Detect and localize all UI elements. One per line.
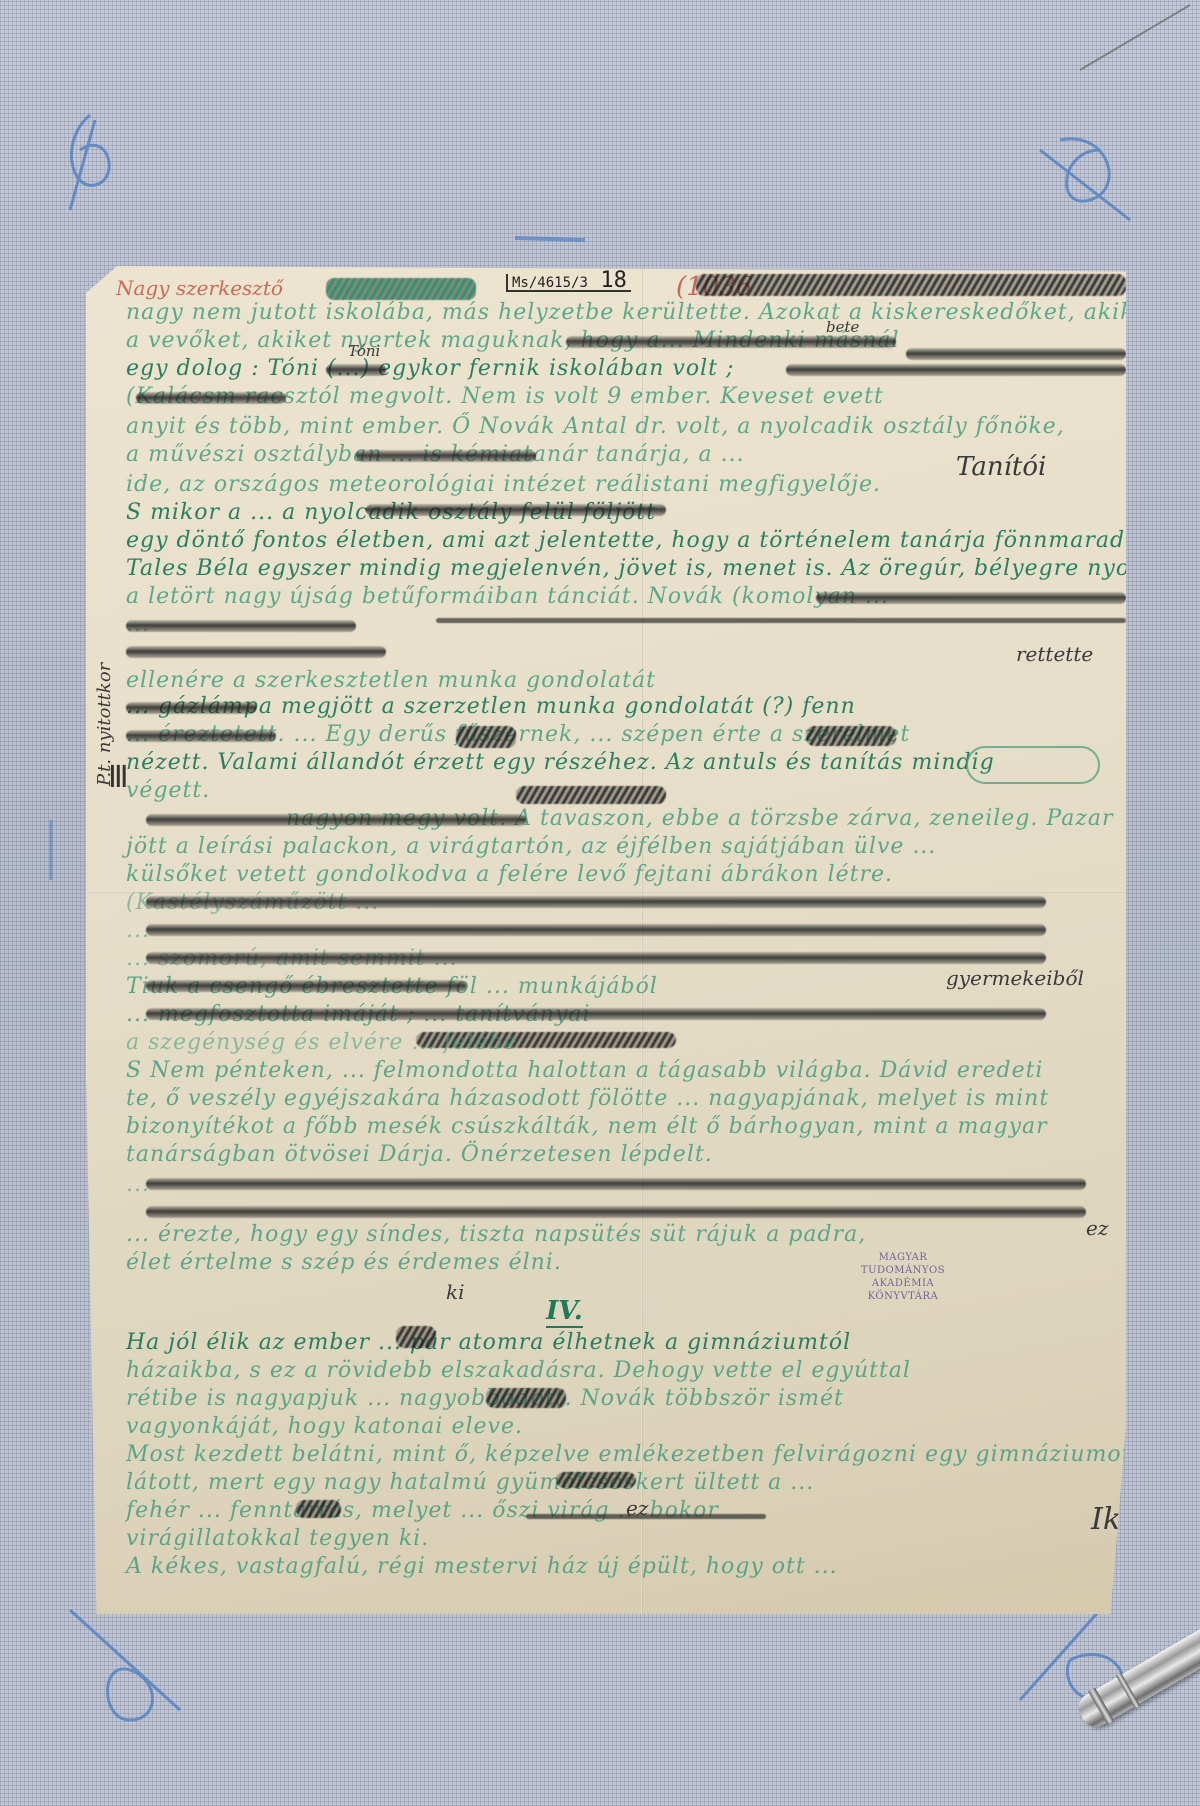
annotation-ki: ki [446,1280,465,1304]
strikethrough [146,924,1046,936]
text-line: tanárságban ötvösei Dárja. Önérzetesen l… [126,1142,713,1167]
strikethrough [356,450,536,462]
text-line: anyit és több, mint ember. Ő Novák Antal… [126,414,1065,439]
strikethrough [136,392,286,404]
strikethrough [126,730,276,742]
scribble [296,1500,341,1518]
text-line: Tales Béla egyszer mindig megjelenvén, j… [126,556,1200,581]
text-line: ... érezte, hogy egy síndes, tiszta naps… [126,1222,866,1247]
scribble [806,726,896,746]
annotation-bete: bete [826,318,859,336]
stamp-line-3: KÖNYVTÁRA [838,1290,968,1303]
scribble [556,1472,636,1488]
strikethrough [326,364,386,376]
annotation-munkajabol: gyermekeiből [946,966,1084,990]
center-top-mark [510,228,590,248]
annotation-tanitoi: Tanítói [956,452,1046,482]
stamp-line-1: MAGYAR [838,1251,968,1264]
corner-mark-top-right [1030,120,1140,230]
annotation-toni: Tóni [348,342,380,360]
photo-scene: Nagy szerkesztő Ms/4615/3 18 (1036 P.t. … [0,0,1200,1806]
text-line: A kékes, vastagfalú, régi mestervi ház ú… [126,1554,838,1579]
text-line: ide, az országos meteorológiai intézet r… [126,472,881,497]
text-line: külsőket vetett gondolkodva a felére lev… [126,862,893,887]
text-line: nézett. Valami állandót érzett egy részé… [126,750,995,775]
text-line: te, ő veszély egyéjszakára házasodott fö… [126,1086,1049,1111]
section-number: IV. [546,1296,583,1328]
left-edge-mark [46,820,56,880]
shelfmark: Ms/4615/3 18 [506,274,631,292]
text-line: végett. [126,778,210,803]
corner-mark-top-left [50,110,130,220]
annotation-epult: ez [626,1496,648,1520]
paper-fold-vertical [641,266,643,1614]
text-line: ellenére a szerkesztetlen munka gondolat… [126,668,656,693]
text-line: látott, mert egy nagy hatalmú gyümölcsös… [126,1470,814,1495]
corner-mark-bottom-left [60,1600,190,1730]
text-line: nagy nem jutott iskolába, más helyzetbe … [126,300,1200,325]
corner-mark-top-right-line [1060,0,1200,90]
strikethrough [436,618,1126,623]
margin-roman-mark: III [108,760,126,795]
scribble [396,1326,436,1348]
circled-note [966,746,1100,784]
text-line: egy döntő fontos életben, ami azt jelent… [126,528,1200,553]
header-scribble [696,274,1126,296]
strikethrough [126,620,356,632]
strikethrough [816,592,1126,604]
strikethrough [146,980,466,992]
strikethrough [146,1178,1086,1190]
stamp-line-2: TUDOMÁNYOS AKADÉMIA [838,1264,968,1290]
strikethrough [786,364,1126,376]
library-stamp: MAGYAR TUDOMÁNYOS AKADÉMIA KÖNYVTÁRA [838,1251,968,1303]
text-line: rétibe is nagyapjuk ... nagyobbodott. No… [126,1386,844,1411]
scribble [516,786,666,804]
text-line: a szegénység és elvére ... felébe [126,1030,518,1055]
strikethrough [126,702,256,714]
text-line: Most kezdett belátni, mint ő, képzelve e… [126,1442,1132,1467]
text-line: házaikba, s ez a rövidebb elszakadásra. … [126,1358,911,1383]
text-line: S Nem pénteken, ... felmondotta halottan… [126,1058,1043,1083]
text-line: vagyonkáját, hogy katonai eleve. [126,1414,523,1439]
header-red-note: Nagy szerkesztő [116,276,283,300]
scribble [456,726,516,748]
strikethrough [146,952,1046,964]
annotation-rettette: rettette [1016,642,1093,666]
scribble [486,1388,566,1408]
strikethrough [126,646,386,658]
strikethrough [146,1008,1046,1020]
annotation-ik: Ik [1091,1502,1121,1537]
shelfmark-top: Ms [512,275,529,291]
strikethrough [366,504,666,516]
annotation-ez: ez [1086,1216,1108,1240]
text-line: a letört nagy újság betűformáiban tánciá… [126,584,889,609]
strikethrough [906,348,1126,360]
shelfmark-subnumber: 3 [579,275,587,291]
manuscript-page: Nagy szerkesztő Ms/4615/3 18 (1036 P.t. … [86,266,1126,1614]
text-line: élet értelme s szép és érdemes élni. [126,1250,562,1275]
text-line: virágillatokkal tegyen ki. [126,1526,429,1551]
strikethrough [146,896,1046,908]
text-line: bizonyítékot a főbb mesék csúszkálták, n… [126,1114,1048,1139]
text-line: Ha jól élik az ember ... pár atomra élhe… [126,1330,851,1355]
shelfmark-number: 4615 [537,275,571,291]
header-scribble-green [326,278,476,300]
text-line: egy dolog : Tóni (...) egykor fernik isk… [126,356,734,381]
strikethrough [566,336,896,348]
strikethrough [146,1206,1086,1218]
strikethrough [146,814,526,826]
text-line: jött a leírási palackon, a virágtartón, … [126,834,936,859]
page-number: 18 [600,268,627,293]
